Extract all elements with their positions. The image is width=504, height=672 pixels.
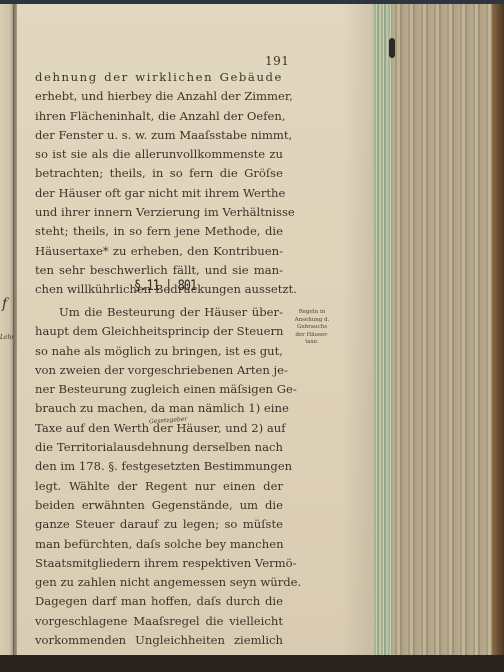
text-line: steht; theils, in so fern jene Methode, … — [35, 222, 283, 241]
text-line: betrachten; theils, in so fern die Gröſs… — [35, 164, 283, 183]
text-line: der Häuser oft gar nicht mit ihrem Werth… — [35, 184, 283, 203]
text-line: ihren Flächeninhalt, die Anzahl der Oefe… — [35, 107, 283, 126]
text-line: man befürchten, daſs solche bey manchen — [35, 535, 283, 554]
text-line: vorgeschlagene Maaſsregel die vielleicht — [35, 612, 283, 631]
scan-bottom-border — [0, 655, 504, 672]
margin-note-line: der Häuser- — [290, 332, 334, 340]
paragraph-1: dehnung der wirklichen Gebäude erhebt, u… — [35, 68, 283, 300]
text-line: ner Besteurung zugleich einen mäſsigen G… — [35, 380, 283, 399]
text-line: Staatsmitgliedern ihrem respektiven Verm… — [35, 554, 283, 573]
text-line: erhebt, und hierbey die Anzahl der Zimme… — [35, 87, 283, 106]
book-cover-edge — [492, 4, 504, 656]
text-line: legt. Wählte der Regent nur einen der — [35, 477, 283, 496]
margin-mark-f: f — [2, 296, 7, 312]
paragraph-2: Um die Besteurung der Häuser über- haupt… — [35, 303, 283, 650]
book-scan: f Lehn 191 dehnung der wirklichen Gebäud… — [0, 0, 504, 672]
text-line: Häusertaxe* zu erheben, den Kontribuen- — [35, 242, 283, 261]
text-line: so ist sie als die allerunvollkommenste … — [35, 145, 283, 164]
margin-note-line: Ansehung d. — [290, 317, 334, 325]
text-line: die Territorialausdehnung derselben nach — [35, 438, 283, 457]
text-line: so nahe als möglich zu bringen, ist es g… — [35, 342, 283, 361]
margin-note: Regeln in Ansehung d. Gebrauchs der Häus… — [290, 309, 334, 347]
text-line: vorkommenden Ungleichheiten ziemlich — [35, 631, 283, 650]
text-line: gen zu zahlen nicht angemessen seyn würd… — [35, 573, 283, 592]
text-line: haupt dem Gleichheitsprincip der Steuern — [35, 322, 283, 341]
page-fore-edge — [372, 4, 392, 656]
text-line: von zweien der vorgeschriebenen Arten je… — [35, 361, 283, 380]
facing-page-edge — [0, 4, 14, 656]
handwritten-shelf-mark: §.11 | 801 — [134, 277, 196, 294]
book-text-block-edge — [392, 4, 492, 656]
margin-note-line: Gebrauchs — [290, 324, 334, 332]
text-line: dehnung der wirklichen Gebäude — [35, 68, 283, 87]
text-line: Dagegen darf man hoffen, daſs durch die — [35, 592, 283, 611]
ink-stain — [389, 38, 395, 58]
page-number: 191 — [265, 54, 289, 68]
text-line: Um die Besteurung der Häuser über- — [35, 303, 283, 322]
text-line: und ihrer innern Verzierung im Verhältni… — [35, 203, 283, 222]
text-line: beiden erwähnten Gegenstände, um die — [35, 496, 283, 515]
text-line: der Fenster u. s. w. zum Maaſsstabe nimm… — [35, 126, 283, 145]
text-line: ganze Steuer darauf zu legen; so müſste — [35, 515, 283, 534]
margin-note-line: Regeln in — [290, 309, 334, 317]
text-line: brauch zu machen, da man nämlich 1) eine — [35, 399, 283, 418]
text-line: den im 178. §. festgesetzten Bestimmunge… — [35, 457, 283, 476]
margin-note-line: taxe. — [290, 339, 334, 347]
